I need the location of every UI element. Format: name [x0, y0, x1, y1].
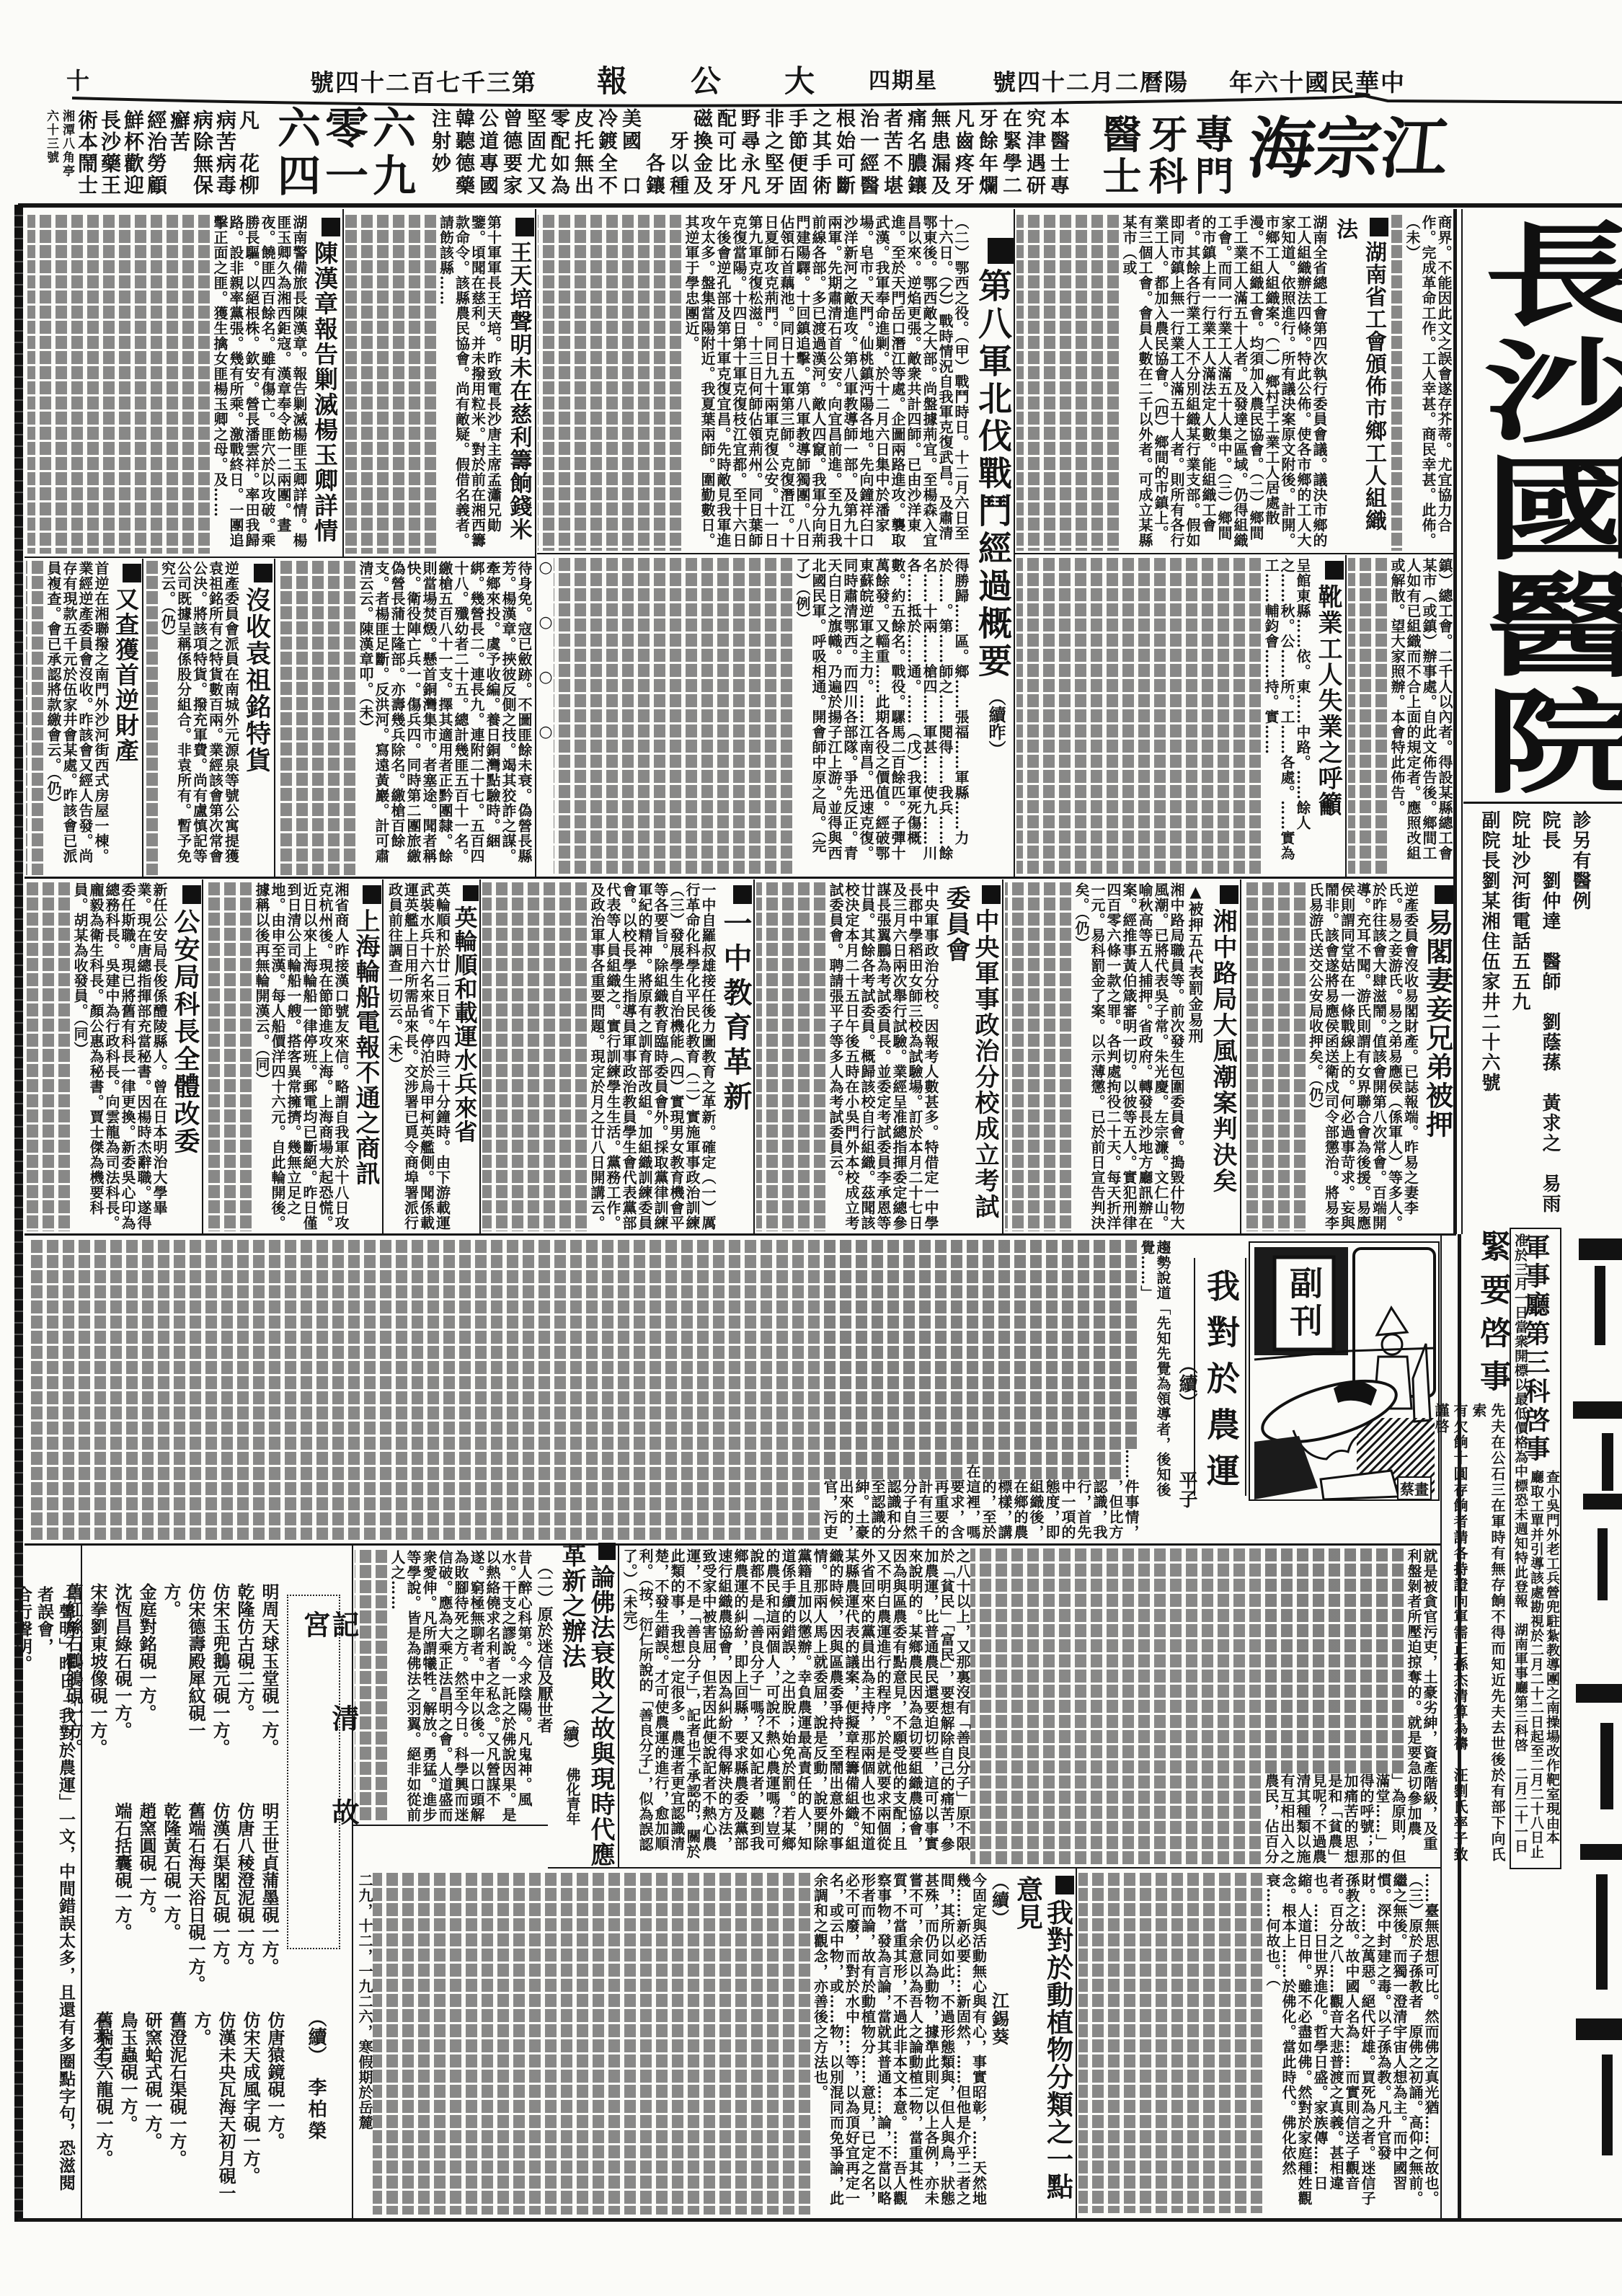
band-rule [1015, 553, 1455, 554]
dentist-title-column: 牙科 [1145, 114, 1187, 198]
dental-ad-column: 根始可斷 [832, 108, 856, 203]
supplement-title-agrarian: 我對於農運 [1200, 1269, 1241, 1499]
glyph-stroke [1576, 2018, 1622, 2040]
text-fragment: 態度，即 [1044, 1240, 1060, 1540]
illegible-text-filler [1078, 1873, 1264, 2213]
column-rule [1245, 1258, 1246, 1496]
article-body: 第十軍軍長王天培。昨致電長沙唐主席孟瀟兄勛鑒。頃聞在慈利。并未撥用粒米。對於前在… [438, 215, 502, 554]
military-dept-body: 准於三月一日當衆開標以最低價格為中標恐未週知特此登報 湖南軍事廳第三科啓 二月二… [1512, 1233, 1528, 1865]
article-yi-ge-family: 易閣妻妾兄弟被押 逆產委員會沒收易閣財產。已誌報端。昨易之妻李氏。易之妾游氏。易… [1243, 882, 1453, 1231]
hospital-masthead: 長沙國醫院 [1468, 216, 1622, 802]
article-buddhism-continued: ……臺無思想可比。然而佛之真光猶……何故也。（三）原於子孫教者 原佛之初誦。高仰… [1078, 1873, 1439, 2213]
drug-ad-row-606: 六零六 [272, 105, 420, 153]
glyph-stroke [1576, 1684, 1622, 1703]
text-fragment: 官，污吏 [822, 1240, 838, 1540]
headline-marker-icon [982, 885, 1001, 904]
palace-end-mark: （未全） [88, 2008, 113, 2078]
headline-marker-icon [733, 885, 752, 904]
palace-list-item: 仿宋天成風字硯一方。 [238, 2011, 262, 2207]
article-author: 江錫葵 [989, 1992, 1010, 2046]
dental-ad-column: 牙以種 [665, 108, 689, 203]
dental-ad-column: 凡齒疼牙 [951, 108, 975, 203]
article-body: 湘中路局職員等。前次發生包圍委員會。搗毀什物大風潮。已將代表吳子常。朱光慶。左宗… [1073, 882, 1184, 1231]
illegible-text-filler [554, 558, 794, 875]
palace-list-group-a: 明周天球玉堂硯一方。 乾隆仿古硯二方。 仿宋玉兜鵝元硯一方。 仿宋德壽殿犀紋硯一… [82, 1583, 281, 1763]
article-labor-law-tail: 商界。不能因此文之誤會遂存芥蒂。尤宜協力合作。完成革命工作。工人幸甚。商民幸甚。… [1391, 215, 1452, 551]
masthead-double-rule [1461, 209, 1463, 1234]
headline-text: 陳漢章報告剿滅楊玉卿詳情 [311, 241, 339, 544]
headline-marker-icon [182, 885, 201, 904]
headline-text: 公安局科長全體改委 [170, 908, 200, 1155]
band-rule [548, 1867, 1440, 1869]
headline-marker-icon [1370, 218, 1388, 236]
article-note: （續） [559, 1710, 582, 1758]
urgent-notice-body: 先夫在公石三在軍時有無存餉不得而知近先夫去世後於有部下向氏索 有欠餉十圓存餉者請… [1468, 1403, 1507, 1870]
headline-text: 第八軍北伐戰鬥經過概要 [972, 268, 1012, 681]
hospital-name: 長沙國醫院 [1468, 216, 1622, 802]
hospital-info-line: 院址沙河街電話五五九 [1504, 810, 1535, 1225]
hospital-info-rule [1463, 802, 1622, 804]
text-fragment: ，但比方 [1107, 1240, 1123, 1540]
article-body: 新任公安局長俊係醴陵縣人。曾在日本明治大學畢業。現在唐總指揮部充當秘書。因楊時杰… [72, 882, 167, 1231]
text-fragment: 分子自然 [901, 1240, 917, 1540]
adjacent-page-glyph-fragments [1566, 1225, 1622, 2213]
headline: 中央軍事政治分校成立考試委員會 [941, 882, 1001, 1231]
top-thick-rule [18, 203, 1622, 208]
article-police-bureau: 公安局科長全體改委 新任公安局長俊係醴陵縣人。曾在日本明治大學畢業。現在唐總指揮… [26, 882, 201, 1231]
column-rule [753, 879, 755, 1234]
palace-list-item: 仿漢石渠閣瓦硯一方。 [208, 1802, 232, 1997]
article-body: 呈館東縣……依。東……中路。……餘人之……秋。公……所。工……各處。……實為工…… [1263, 558, 1311, 875]
headline-marker-icon [322, 218, 340, 236]
headline: 又查獲首逆財產 [112, 561, 141, 875]
article-body: 昔人醉心科第。今求陰陽。凡鬼神。風水。干支之謬說。一託之於佛說因果。是以熱絡僥求… [389, 1550, 532, 1822]
military-dept-body: 查小吳門外老工兵營兜駐紮教導團之南操場改作靶室現由本 [1544, 1470, 1560, 1865]
illegible-text-filler [26, 882, 72, 1231]
dental-ad-column: 牙餘年爛 [975, 108, 998, 203]
palace-list-item: 乾隆仿古硯二方。 [232, 1583, 257, 1763]
illegible-text-filler [355, 1550, 389, 1822]
dentist-title-column: 醫士 [1099, 114, 1140, 198]
palace-list-item: 仿漢未央瓦海天初月硯一方。 [189, 2011, 238, 2207]
article-eighth-army: （二）鄂西之役。（甲）戰鬥時日。十二月六日至十六日。（乙）戰時情況自我軍克復武昌… [538, 215, 969, 551]
headline: 公安局科長全體改委 [170, 882, 201, 1231]
headline-text: 又查獲首逆財產 [112, 587, 140, 763]
palace-list-item: 仿宋玉兜鵝元硯一方。 [208, 1583, 232, 1763]
article-body: 之八十以上，又那裏沒有「善良分子」原不限於「貧民」「富民」，要想解除自己的痛苦，… [621, 1548, 970, 1864]
article-note: （續） [989, 1873, 1010, 1927]
headline-text: 中央軍事政治分校成立考試委員會 [941, 885, 999, 1220]
band-rule [25, 877, 1455, 879]
dental-ad-column: 手節便固 [784, 108, 808, 203]
dental-notice-ad: 本醫士專 究津遇研 在緊學二 牙餘年爛 凡齒疼牙 無患漏及 痛名膿鑲 者苦不堪 … [427, 108, 1070, 203]
article-rebel-property: 又查獲首逆財產 首逆在湘聯撥之南門外沙河街西式房屋一棟。業經逆產委員會沒收。昨該… [26, 561, 141, 875]
dental-ad-column: 冷鍍全不 [594, 108, 618, 203]
partially-legible-columns: ……件事情， ，但比方 認識，我 行，首先 中一項的 態度，即 組織後， 在鄉的… [822, 1240, 1139, 1540]
text-fragment: 清其種類以施 [1295, 1548, 1311, 1864]
text-fragment: 是和「貧農」 [1326, 1548, 1342, 1864]
headline-text: 一中教育革新 [719, 908, 752, 1116]
dental-ad-column: 曾德要家 [499, 108, 523, 203]
headline-marker-icon [1325, 561, 1344, 580]
headline-marker-icon [988, 238, 1014, 264]
urgent-notice-line: 有欠餉十圓存餉者請各持證向軍需正孫杰清算為禱 汪劉氏率子致謹啓 [1432, 1403, 1469, 1870]
illegible-text-filler [27, 215, 212, 554]
dental-ad-column: 治一經醫 [856, 108, 879, 203]
palace-list-group-c: 仿唐猿鏡硯一方。 仿宋天成風字硯一方。 仿漢未央瓦海天初月硯一方。 舊澄泥石渠硯… [114, 2011, 287, 2207]
dental-ad-column: 者苦不堪 [879, 108, 903, 203]
urgent-notice-line: 先夫在公石三在軍時有無存餉不得而知近先夫去世後於有部下向氏索 [1469, 1403, 1507, 1870]
article-agrarian-part-e: 就是被貪官污吏，土豪劣紳，資產階級，及重利盤剝者所壓迫掠奪的。就是要急切參加農 … [621, 1548, 1437, 1864]
article-eighth-army-continued: 得勝歸……區。鄉……張福……軍縣……力於……。第……師之……閱得……我兵……餘名… [538, 558, 969, 875]
text-fragment: 計有三千 [917, 1240, 933, 1540]
dental-ad-column: 公道專國 [475, 108, 499, 203]
text-fragment: 滿堂……」的 [1374, 1548, 1390, 1864]
palace-list-item: 仿宋德壽殿犀紋硯一方。 [159, 1583, 208, 1763]
headline-marker-icon [123, 564, 141, 582]
illustration-signature: 蔡畫 [1397, 1476, 1432, 1500]
military-dept-body: 廳取工單并引導該處勘視於二月二十二日起至二月二十八日止 [1528, 1470, 1544, 1865]
article-agrarian-part-d: 趨勢說道「先知先覺為領導者，後知後覺……」 ……件事情， ，但比方 認識，我 行… [27, 1240, 1171, 1540]
text-fragment: 要求，含 [949, 1240, 965, 1540]
article-body: ……臺無思想可比。然而佛之真光猶……何故也。（三）原於子孫教者 原佛之初誦。高仰… [1264, 1873, 1439, 2213]
illegible-text-filler [756, 882, 828, 1231]
headline: 靴業工人失業之呼籲 [1313, 558, 1344, 875]
clinic-ad: 凡 花柳 病苦病毒 病除無保 癬苦 經治勞顧 鮮杯歡迎 長沙藥王 術本鬧士 湘潭… [40, 110, 260, 202]
headline: 一中教育革新 [719, 882, 752, 1231]
band-rule [25, 1233, 1456, 1236]
headline-text: 靴業工人失業之呼籲 [1313, 584, 1342, 817]
illegible-text-filler [205, 882, 254, 1231]
headline-note: （續昨） [983, 688, 1009, 758]
article-shanghai-ships: 上海輪船電報不通之商訊 湘省商人昨接漢口號友來信。略謂自我軍於十八日攻克杭州後。… [205, 882, 381, 1231]
dental-ad-column: 之其手術 [808, 108, 832, 203]
urgent-notice-headline: 緊要啓事 [1475, 1230, 1510, 1403]
dental-ad-column: 韓聽德藥 [451, 108, 475, 203]
dental-ad-column: 究津遇研 [1022, 108, 1046, 203]
article-body: 中央軍事政治分校。因報考人數甚多。特借定一中學長郡中學稻田女師三校為試驗場。訂於… [828, 882, 939, 1231]
text-fragment: 出來的， [838, 1240, 854, 1540]
headline-marker-icon [1435, 885, 1453, 904]
text-fragment: 的，至於 [980, 1240, 996, 1540]
palace-note: （續） [303, 2008, 329, 2065]
headline-text: 我對於動植物分類之一點意見 [1012, 1876, 1074, 2200]
headline-text: 上海輪船電報不通之商訊 [351, 908, 380, 1186]
palace-list-item: 仿唐八稜澄泥硯一方。 [232, 1802, 257, 1997]
headline-text: 沒收袁祖銘特貨 [242, 587, 272, 774]
article-body: 首逆在湘聯撥之南門外沙河街西式房屋一棟。業經逆產委員會沒收。昨該會又經人告發。尚… [45, 561, 109, 875]
text-fragment: 紳。土豪 [854, 1240, 869, 1540]
dentist-name: 江宗海 [1245, 115, 1451, 182]
supplement-illustration: 副刊 蔡畫 [1249, 1241, 1440, 1501]
hospital-info-line: 副院長劉某湘住伍家井二十六號 [1474, 810, 1504, 1225]
article-british-ship: 英輪順和載運水兵來省 英輪順和於廿二日下午四時三十分鐘時。由下游載運武裝水兵十六… [385, 882, 479, 1231]
article-wang-tianpei: 王天培聲明未在慈利籌餉錢米 第十軍軍長王天培。昨致電長沙唐主席孟瀟兄勛鑒。頃聞在… [345, 215, 534, 554]
article-note: （續） [1174, 1355, 1200, 1411]
clinic-ad-address: 六十三號 [43, 110, 59, 202]
text-fragment: 在鄉的農 [1012, 1240, 1028, 1540]
article-body: 逆產委員會沒收易閣財產。已誌報端。昨易之妻李氏。易之妾游氏。易之弟易應侯（係軍人… [1308, 882, 1419, 1231]
illegible-text-filler [1348, 558, 1389, 875]
palace-list-item: 鳥玉蟲硯一方。 [115, 2011, 140, 2207]
band-rule [25, 1543, 1440, 1546]
hospital-info-line: 診另有醫例 [1565, 810, 1595, 1225]
illegible-text-filler [538, 215, 683, 551]
glyph-stroke [1597, 1528, 1608, 1600]
text-fragment: 中一項的 [1060, 1240, 1076, 1540]
article-section-heading: （二）原於迷信及厭世者 [535, 1559, 554, 1733]
clinic-ad-column: 長沙藥王 [98, 110, 121, 202]
dental-ad-column: 零配如為 [546, 108, 570, 203]
partially-legible-columns: 」為原則，但 滿堂……」的 得的呼號；那 加痛苦的思想 是和「貧農」 見呢？不過… [1263, 1548, 1406, 1864]
article-yuan-zuming-goods: 沒收袁祖銘特貨 逆產委員會派員在南城外元源泉等號公寓提獲袁祖銘所有之特貨數百兩。… [145, 561, 272, 875]
text-fragment: 認識，我 [1091, 1240, 1107, 1540]
palace-list-item: 乾隆黃石硯一方。 [159, 1802, 183, 1997]
text-fragment: 有互相出入之 [1279, 1548, 1295, 1864]
text-fragment: 標樣，講 [996, 1240, 1012, 1540]
illegible-text-filler [277, 561, 358, 875]
palace-list-item: 趙窯圓硯一方。 [134, 1802, 159, 1997]
headline: 沒收袁祖銘特貨 [242, 561, 273, 875]
dental-ad-column: 堅固尤又 [523, 108, 546, 203]
palace-list-item: 舊端石海天浴日硯一方。 [183, 1802, 208, 1997]
illegible-text-filler [970, 1548, 1263, 1864]
headline-marker-icon [463, 885, 479, 901]
palace-list-item: 端石括囊硯一方。 [110, 1802, 134, 1997]
dental-ad-column: 在緊學二 [998, 108, 1022, 203]
section-separator: ○ ○ ○ ○ [538, 558, 554, 875]
headline-marker-icon [363, 885, 381, 904]
article-body: 待身免。寇已斂跡。不圖匪餘未衰。偽營長縣芳。楊漢章。挾彼反側之技。竭其狡詐之謀。… [358, 561, 532, 875]
dental-ad-column: 野尋永凡 [737, 108, 761, 203]
text-fragment: 組織後， [1028, 1240, 1044, 1540]
military-dept-notice-box: 軍事廳第三科啓事 查小吳門外老工兵營兜駐紮教導團之南操場改作靶室現由本 廳取工單… [1510, 1228, 1561, 1869]
illegible-text-filler [345, 215, 438, 554]
article-body: 湖南全省總工會第四次執行委員會議。議決市鄉的工人組織辦法四條。特此公佈。使各市鄉… [1121, 215, 1327, 551]
article-body: 鎮）總工會。二千人以內者。得設某縣總工會某市（或鎮）辦事處。自此文佈告後。鄉間工… [1389, 558, 1453, 875]
column-rule [382, 879, 384, 1234]
dental-ad-column: 注射妙 [427, 108, 451, 203]
article-railway-case: 湘中路局大風潮案判決矣 ▲被押五代表罰金易刑 湘中路局職員等。前次發生包圍委員會… [1005, 882, 1238, 1231]
glyph-stroke [1573, 1401, 1622, 1419]
palace-list-item: 仿唐猿鏡硯一方。 [262, 2011, 287, 2207]
text-fragment: 見呢？不過農 [1311, 1548, 1326, 1864]
clinic-ad-column: 經治勞顧 [144, 110, 167, 202]
clinic-ad-column: 凡 花柳 [236, 110, 260, 202]
palace-list-item: 宋拳劉東坡像硯一方。 [85, 1583, 110, 1763]
illegible-text-filler [1391, 215, 1404, 551]
illegible-text-filler [1243, 882, 1308, 1231]
dental-ad-column: 本醫士專 [1046, 108, 1070, 203]
article-body: 湘省商人昨接漢口號友來信。略謂自我軍於十八日攻克杭州後。現在節節進攻上海。上海商… [254, 882, 349, 1231]
dental-ad-column: 無患漏及 [927, 108, 951, 203]
text-fragment: ……件事情， [1123, 1240, 1139, 1540]
headline: 陳漢章報告剿滅楊玉卿詳情 [310, 215, 340, 554]
headline: 英輪順和載運水兵來省 [452, 882, 479, 1231]
column-rule [1002, 879, 1003, 1234]
text-fragment: 再重要的 [933, 1240, 949, 1540]
article-taxonomy: 我對於動植物分類之一點意見 （續）江錫葵 今固定與活動無心與有心，事實昭彰，……… [357, 1873, 1074, 2215]
text-fragment: 至認識的 [869, 1240, 885, 1540]
clinic-ad-column: 癬苦 [167, 110, 190, 202]
hospital-info-line: 院長 劉仲達 醫師 劉蔭蓀 黃求之 易雨 [1535, 810, 1565, 1225]
article-body: 商界。不能因此文之誤會遂存芥蒂。尤宜協力合作。完成革命工作。工人幸甚。商民幸甚。… [1404, 215, 1452, 551]
dental-ad-column: 痛名膿鑲 [903, 108, 927, 203]
illegible-text-filler [385, 882, 387, 1231]
column-rule [1014, 209, 1015, 877]
text-fragment: 加痛苦的思想 [1342, 1548, 1358, 1864]
column-rule [1240, 879, 1241, 1234]
hospital-info: 診另有醫例 院長 劉仲達 醫師 劉蔭蓀 黃求之 易雨 院址沙河街電話五五九 副院… [1467, 810, 1595, 1225]
headline-text: 易閣妻妾兄弟被押 [1422, 908, 1454, 1139]
illegible-text-filler [373, 1873, 812, 2215]
palace-list-item: 舊澄泥石渠硯一方。 [164, 2011, 189, 2207]
article-labor-law: 湖南省工會頒佈市鄉工人組織法 湖南全省總工會第四次執行委員會議。議決市鄉的工人組… [1016, 215, 1388, 551]
article-body: 一中自羅叔雄接任後力圖教育之革新。確定（一）厲行革命化科學化平民化教育（二）實施… [589, 882, 716, 1231]
column-rule [142, 559, 143, 877]
column-rule [1076, 1869, 1077, 2218]
article-byline: （續）江錫葵 [988, 1873, 1010, 2215]
band-rule [537, 553, 970, 554]
headline: 易閣妻妾兄弟被押 [1422, 882, 1454, 1231]
text-fragment: 」為原則，但 [1390, 1548, 1406, 1864]
article-author: 佛化青年 [562, 1768, 583, 1825]
palace-list-group-b: 明王世貞蒲墨硯一方。 仿唐八稜澄泥硯一方。 仿漢石渠閣瓦硯一方。 舊端石海天浴日… [108, 1802, 281, 1997]
glyph-stroke [1583, 1494, 1622, 1510]
clinic-ad-column: 鮮杯歡迎 [121, 110, 144, 202]
band-rule [25, 557, 535, 558]
column-rule [274, 559, 275, 877]
illustration-sign-text: 副刊 [1286, 1266, 1322, 1341]
dental-ad-column: 美國 口 [618, 108, 642, 203]
clinic-ad-column: 病苦病毒 [213, 110, 236, 202]
headline-text: 湘中路局大風潮案判決矣 [1208, 908, 1237, 1194]
article-buddhism: 昔人醉心科第。今求陰陽。凡鬼神。風水。干支之謬說。一託之於佛說因果。是以熱絡僥求… [355, 1550, 532, 1822]
column-rule [618, 1546, 619, 1867]
palace-author: 李柏榮 [303, 2078, 329, 2142]
illegible-text-filler [1005, 882, 1073, 1231]
illegible-text-filler [1016, 558, 1263, 875]
headline-eighth-army: 第八軍北伐戰鬥經過概要 [973, 238, 1014, 685]
glyph-stroke [1602, 1433, 1613, 1491]
column-rule [479, 879, 481, 1234]
illegible-text-filler [145, 561, 160, 875]
glyph-stroke [1596, 1874, 1608, 1990]
illegible-text-filler [1016, 215, 1121, 551]
palace-list-item: 沈恆昌綠石硯一方。 [110, 1583, 134, 1763]
article-first-middle-school: 一中教育革新 一中自羅叔雄接任後力圖教育之革新。確定（一）厲行革命化科學化平民化… [482, 882, 752, 1231]
clinic-ad-column: 術本鬧士 [75, 110, 98, 202]
dental-ad-column: 磁換金及 [689, 108, 713, 203]
column-rule [202, 879, 203, 1234]
article-body: 得勝歸……區。鄉……張福……軍縣……力於……。第……師之……閱得……我兵……餘名… [794, 558, 969, 875]
clinic-ad-column: 病除無保 [190, 110, 213, 202]
text-fragment: 得的呼號；那 [1358, 1548, 1374, 1864]
dental-ad-column: 各鑲 [642, 108, 665, 203]
dental-ad-column: 非之堅牙 [761, 108, 784, 203]
article-military-school-exam: 中央軍事政治分校成立考試委員會 中央軍事政治分校。因報考人數甚多。特借定一中學長… [756, 882, 1001, 1231]
palace-list-item: 研窯蛤式硯一方。 [140, 2011, 164, 2207]
text-fragment: 認識和分 [885, 1240, 901, 1540]
supplement-illustration-drawing [1249, 1241, 1440, 1501]
headline: 我對於動植物分類之一點意見 [1013, 1873, 1075, 2215]
headline: 王天培聲明未在慈利籌餉錢米 [505, 215, 535, 554]
text-fragment: 在這裡，嗎 [965, 1240, 980, 1540]
article-chen-hanzhang: 陳漢章報告剿滅楊玉卿詳情 湖南警備旅長陳漢章。報告剿滅楊匪玉卿詳情。楊匪玉卿久為… [27, 215, 340, 554]
headline: 上海輪船電報不通之商訊 [352, 882, 381, 1231]
glyph-stroke [1600, 1723, 1613, 1809]
text-fragment: 農民，佔百分 [1263, 1548, 1279, 1864]
dentist-title-column: 專門 [1191, 114, 1233, 198]
correction-line: 合行聲明。 [12, 1586, 33, 2206]
palace-title-box: 記清故宮 [287, 1595, 340, 1949]
article-author: 平子 [1174, 1471, 1200, 1508]
palace-list-item: 金庭對銘硯一方。 [134, 1583, 159, 1763]
glyph-stroke [1579, 1238, 1622, 1260]
text-fragment: 行，首先 [1076, 1240, 1091, 1540]
article-body: 趨勢說道「先知先覺為領導者，後知後覺……」 [1139, 1240, 1171, 1540]
clinic-ad-address: 湘潭八角亭 [59, 110, 75, 202]
headline-marker-icon [1055, 1876, 1074, 1894]
illegible-text-filler [27, 1240, 822, 1540]
band-rule [352, 1825, 548, 1826]
headline-text: 王天培聲明未在慈利籌餉錢米 [506, 241, 532, 541]
illegible-text-filler [482, 882, 589, 1231]
article-body: 今固定與活動無心與有心，事實昭彰，……天然地幾……新必要……新固然，……但他是介… [812, 1873, 987, 2215]
headline: 湖南省工會頒佈市鄉工人組織法 [1330, 215, 1388, 551]
masthead-double-rule [1453, 209, 1457, 1234]
glyph-stroke [1580, 1844, 1622, 1860]
glyph-stroke [1602, 2055, 1613, 2155]
article-boot-workers: 靴業工人失業之呼籲 呈館東縣……依。東……中路。……餘人之……秋。公……所。工…… [1016, 558, 1344, 875]
bottom-rule [18, 2218, 1622, 2222]
headline-marker-icon [254, 564, 272, 582]
article-chen-hanzhang-continued: 待身免。寇已斂跡。不圖匪餘未衰。偽營長縣芳。楊漢章。挾彼反側之技。竭其狡詐之謀。… [277, 561, 532, 875]
palace-list-item: 明周天球玉堂硯一方。 [257, 1583, 281, 1763]
subheadline: ▲被押五代表罰金易刑 [1186, 882, 1205, 1231]
headline: 湘中路局大風潮案判決矣 [1207, 882, 1238, 1231]
dental-ad-column: 皮托無出 [570, 108, 594, 203]
column-rule [535, 209, 536, 877]
article-body: 湖南警備旅長陳漢章。報告剿滅楊匪玉卿詳情。楊匪玉卿久為湘西鉅寇。漢章奉令飭一二兩… [212, 215, 307, 554]
headline-marker-icon [515, 218, 534, 236]
palace-list-item: 舊紅絲石鸜鵒硯一方。 [61, 1583, 85, 1763]
article-body: 英輪順和於廿二日下午四時三十分鐘時。由下游載運武裝水兵十六名來省。停泊於烏甲柯英… [387, 882, 451, 1231]
article-body: （二）鄂西之役。（甲）戰鬥時日。十二月六日至十六日。（乙）戰時情況自我軍克復武昌… [683, 215, 969, 551]
article-body: 逆產委員會派員在南城外元源泉等號公寓提獲袁祖銘所有之特貨數百兩。業經該會第次常會… [160, 561, 239, 875]
article-labor-law-continued: 鎮）總工會。二千人以內者。得設某縣總工會某市（或鎮）辦事處。自此文佈告後。鄉間工… [1348, 558, 1453, 875]
article-dateline: 二九，十二，一九二六，寒假期於岳麓 [357, 1873, 373, 2215]
headline-marker-icon [598, 1543, 616, 1560]
headline-marker-icon [1220, 885, 1238, 904]
illegible-text-filler [26, 561, 45, 875]
headline-text: 英輪順和載運水兵來省 [451, 905, 479, 1143]
drug-ad-row-914: 九一四 [272, 153, 420, 200]
dental-ad-column: 配可比牙 [713, 108, 737, 203]
column-rule [1345, 555, 1347, 877]
palace-list-item: 明王世貞蒲墨硯一方。 [257, 1802, 281, 1997]
headline-text: 湖南省工會頒佈市鄉工人組織法 [1332, 218, 1386, 531]
palace-title: 記清故宮 [300, 1610, 358, 1948]
glyph-stroke [1595, 1266, 1605, 1345]
column-rule [342, 209, 344, 557]
drug-606-914-ad: 六零六 九一四 [272, 105, 420, 203]
